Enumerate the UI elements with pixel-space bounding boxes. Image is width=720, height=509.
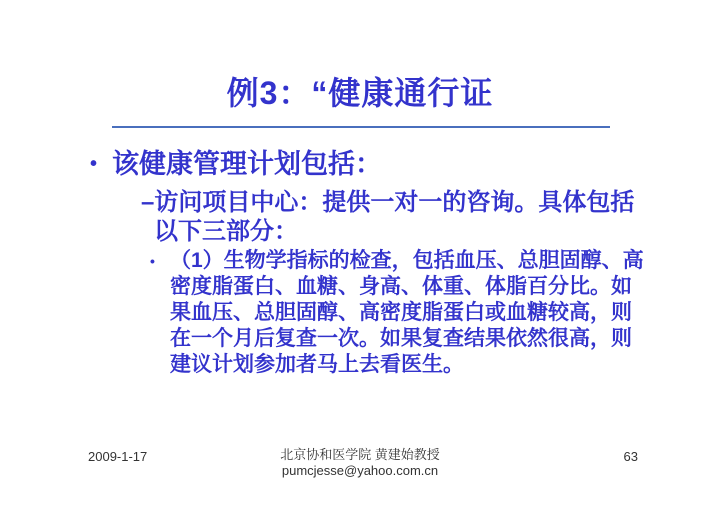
- footer-email: pumcjesse@yahoo.com.cn: [160, 463, 560, 479]
- footer-affiliation: 北京协和医学院 黄建始教授: [160, 447, 560, 463]
- bullet-level2-text: –访问项目中心：提供一对一的咨询。具体包括 以下三部分：: [154, 188, 654, 246]
- bullet-level1-text: 该健康管理计划包括：: [112, 148, 382, 181]
- footer-page-number: 63: [624, 449, 638, 464]
- bullet-level1: • 该健康管理计划包括：: [90, 148, 650, 181]
- bullet-level3: • （1）生物学指标的检查，包括血压、总胆固醇、高 密度脂蛋白、血糖、身高、体重…: [150, 248, 660, 378]
- bullet-dot-icon: •: [90, 148, 112, 181]
- title-underline-rule: [112, 126, 610, 128]
- slide-title: 例3：“健康通行证: [60, 72, 660, 114]
- footer-date: 2009-1-17: [88, 449, 147, 464]
- bullet-dot-icon: •: [150, 248, 170, 274]
- slide: 例3：“健康通行证 • 该健康管理计划包括： –访问项目中心：提供一对一的咨询。…: [0, 0, 720, 509]
- footer-author-block: 北京协和医学院 黄建始教授 pumcjesse@yahoo.com.cn: [160, 447, 560, 479]
- bullet-level3-text: （1）生物学指标的检查，包括血压、总胆固醇、高 密度脂蛋白、血糖、身高、体重、体…: [170, 248, 644, 378]
